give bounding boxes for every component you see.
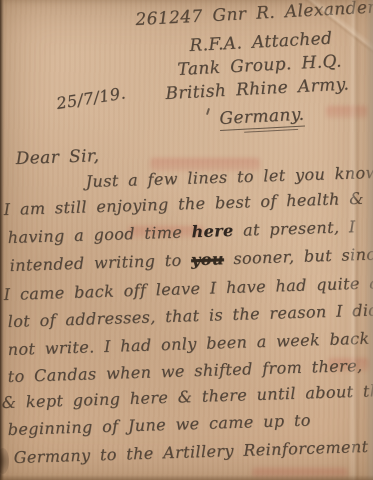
body-line-4-pre: intended writing to <box>9 250 191 275</box>
body-line-4-post: sooner, but since <box>224 244 373 268</box>
body-line-3-emphasized-word: here <box>191 221 234 241</box>
bleedthrough-mark <box>326 106 368 118</box>
ink-smudge <box>0 448 9 474</box>
body-line-7: not write. I had only been a week back <box>7 329 369 359</box>
body-line-3-pre: having a good time <box>7 222 191 247</box>
bottom-edge-shadow <box>0 475 373 480</box>
body-line-4: intended writing to you sooner, but sinc… <box>9 244 373 275</box>
vertical-fold-crease <box>348 0 360 480</box>
pen-mark <box>206 108 210 115</box>
body-line-5: I came back off leave I have had quite a <box>3 273 373 304</box>
body-line-9: & kept going here & there until about th… <box>1 381 373 412</box>
right-page-edge <box>365 0 373 480</box>
body-line-6: lot of addresses, that is the reason I d… <box>7 300 373 331</box>
salutation: Dear Sir, <box>15 146 99 169</box>
body-line-1: Just a few lines to let you know <box>85 163 373 191</box>
sender-country-underlined: Germany. <box>219 105 305 131</box>
bleedthrough-mark <box>252 468 348 478</box>
body-line-10: beginning of June we came up to <box>7 410 311 439</box>
body-line-3-post: at present, I <box>233 217 356 240</box>
sender-line-5: Germany. <box>219 105 305 129</box>
sender-line-2: R.F.A. Attached <box>189 29 333 56</box>
body-line-4-struck-word: you <box>191 249 224 269</box>
body-line-3: having a good time here at present, I <box>7 217 355 247</box>
letter-scan: 261247 Gnr R. Alexander, R.F.A. Attached… <box>0 0 373 480</box>
body-line-8: to Candas when we shifted from there, <box>7 356 362 386</box>
body-line-2: I am still enjoying the best of health & <box>3 189 364 219</box>
body-line-11: Germany to the Artillery Reinforcement <box>13 437 368 467</box>
sender-line-1: 261247 Gnr R. Alexander, <box>135 0 373 30</box>
letter-date: 25/7/19. <box>55 83 127 113</box>
